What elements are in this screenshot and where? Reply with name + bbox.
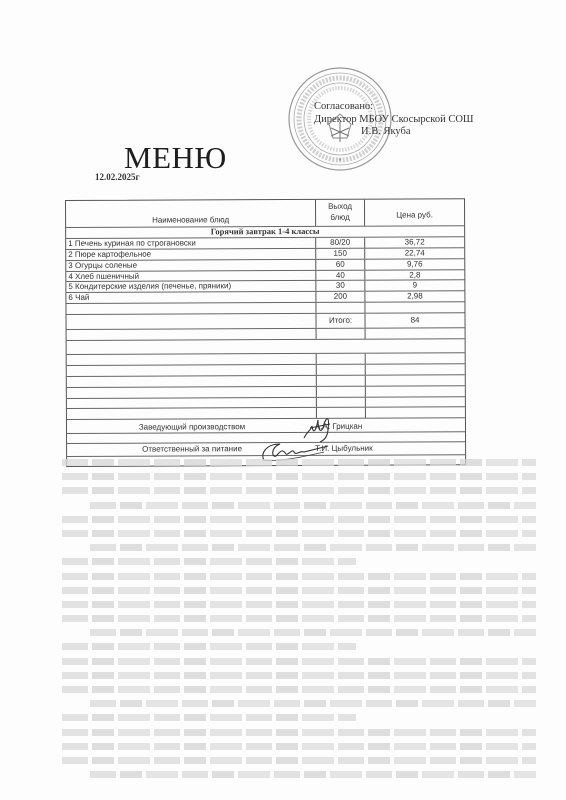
- total-row: Итого: 84: [67, 313, 465, 330]
- menu-table: Наименование блюд Выход блюд Цена руб. Г…: [65, 198, 466, 467]
- table-header-row: Наименование блюд Выход блюд Цена руб.: [66, 199, 464, 228]
- approval-signer: И.В. Якуба: [314, 126, 474, 139]
- section-title: Горячий завтрак 1-4 классы: [66, 226, 464, 238]
- approval-label: Согласовано:: [314, 101, 474, 114]
- page-title: МЕНЮ: [124, 140, 227, 176]
- document-page: ★ Согласовано: Директор МБОУ Скосырской …: [0, 0, 566, 800]
- total-label: Итого:: [316, 314, 365, 328]
- menu-date: 12.02.2025г: [95, 172, 140, 182]
- approval-block: Согласовано: Директор МБОУ Скосырской СО…: [314, 101, 474, 139]
- column-header-output: Выход блюд: [316, 200, 365, 226]
- total-value: 84: [365, 313, 464, 327]
- column-header-name: Наименование блюд: [66, 200, 316, 227]
- bleed-through-text: [62, 459, 536, 785]
- svg-text:★: ★: [338, 157, 343, 163]
- column-header-price: Цена руб.: [365, 199, 464, 225]
- approval-position: Директор МБОУ Скосырской СОШ: [314, 114, 474, 127]
